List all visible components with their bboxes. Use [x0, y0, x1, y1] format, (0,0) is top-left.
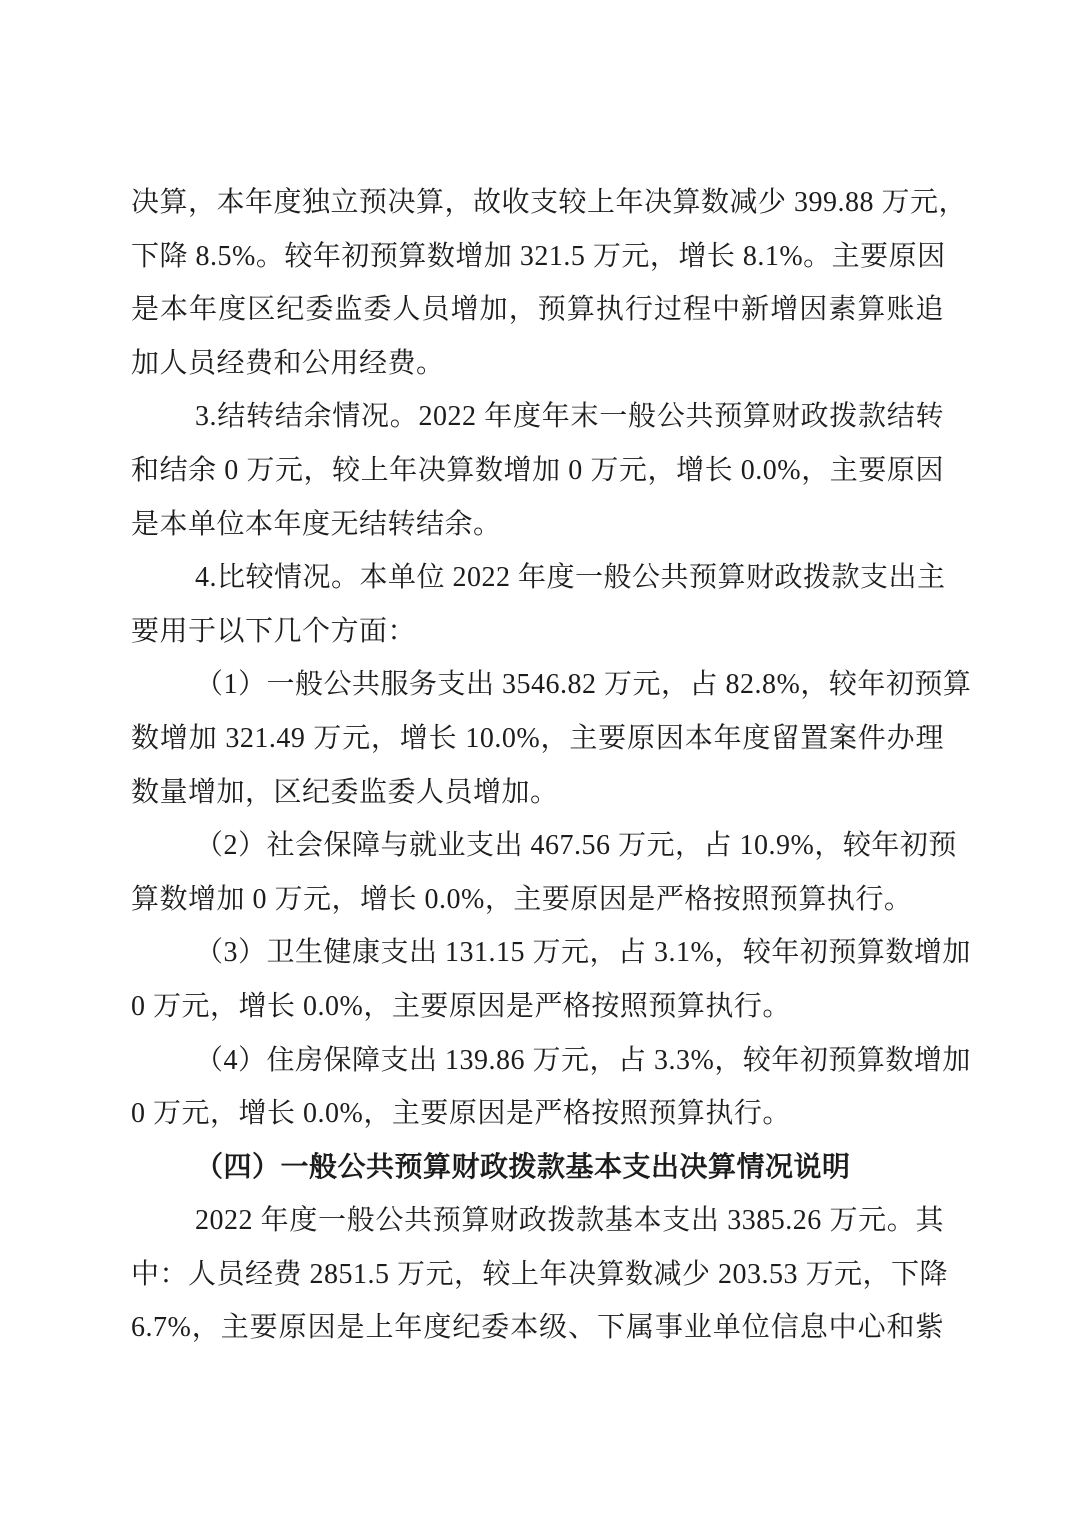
text-line: 3.结转结余情况。2022 年度年末一般公共预算财政拨款结转	[131, 390, 944, 444]
text-line: 是本单位本年度无结转结余。	[131, 498, 944, 552]
text-line: 6.7%，主要原因是上年度纪委本级、下属事业单位信息中心和紫	[131, 1301, 944, 1355]
text-line: 2022 年度一般公共预算财政拨款基本支出 3385.26 万元。其	[131, 1194, 944, 1248]
text-line: 4.比较情况。本单位 2022 年度一般公共预算财政拨款支出主	[131, 551, 944, 605]
text-line: 要用于以下几个方面：	[131, 605, 944, 659]
text-line: 数增加 321.49 万元，增长 10.0%，主要原因本年度留置案件办理	[131, 712, 944, 766]
text-line: 是本年度区纪委监委人员增加，预算执行过程中新增因素算账追	[131, 283, 944, 337]
text-line: （2）社会保障与就业支出 467.56 万元，占 10.9%，较年初预	[131, 819, 944, 873]
text-line: （4）住房保障支出 139.86 万元，占 3.3%，较年初预算数增加	[131, 1034, 944, 1088]
text-line: （1）一般公共服务支出 3546.82 万元，占 82.8%，较年初预算	[131, 658, 944, 712]
section-heading: （四）一般公共预算财政拨款基本支出决算情况说明	[131, 1141, 944, 1195]
document-page: 决算，本年度独立预决算，故收支较上年决算数减少 399.88 万元， 下降 8.…	[0, 0, 1074, 1520]
text-line: 决算，本年度独立预决算，故收支较上年决算数减少 399.88 万元，	[131, 176, 944, 230]
text-line: （3）卫生健康支出 131.15 万元，占 3.1%，较年初预算数增加	[131, 926, 944, 980]
text-line: 和结余 0 万元，较上年决算数增加 0 万元，增长 0.0%，主要原因	[131, 444, 944, 498]
text-line: 0 万元，增长 0.0%，主要原因是严格按照预算执行。	[131, 980, 944, 1034]
text-line: 中：人员经费 2851.5 万元，较上年决算数减少 203.53 万元，下降	[131, 1248, 944, 1302]
text-line: 下降 8.5%。较年初预算数增加 321.5 万元，增长 8.1%。主要原因	[131, 230, 944, 284]
document-text-block: 决算，本年度独立预决算，故收支较上年决算数减少 399.88 万元， 下降 8.…	[131, 176, 944, 1355]
text-line: 算数增加 0 万元，增长 0.0%，主要原因是严格按照预算执行。	[131, 873, 944, 927]
text-line: 0 万元，增长 0.0%，主要原因是严格按照预算执行。	[131, 1087, 944, 1141]
text-line: 加人员经费和公用经费。	[131, 337, 944, 391]
text-line: 数量增加，区纪委监委人员增加。	[131, 766, 944, 820]
